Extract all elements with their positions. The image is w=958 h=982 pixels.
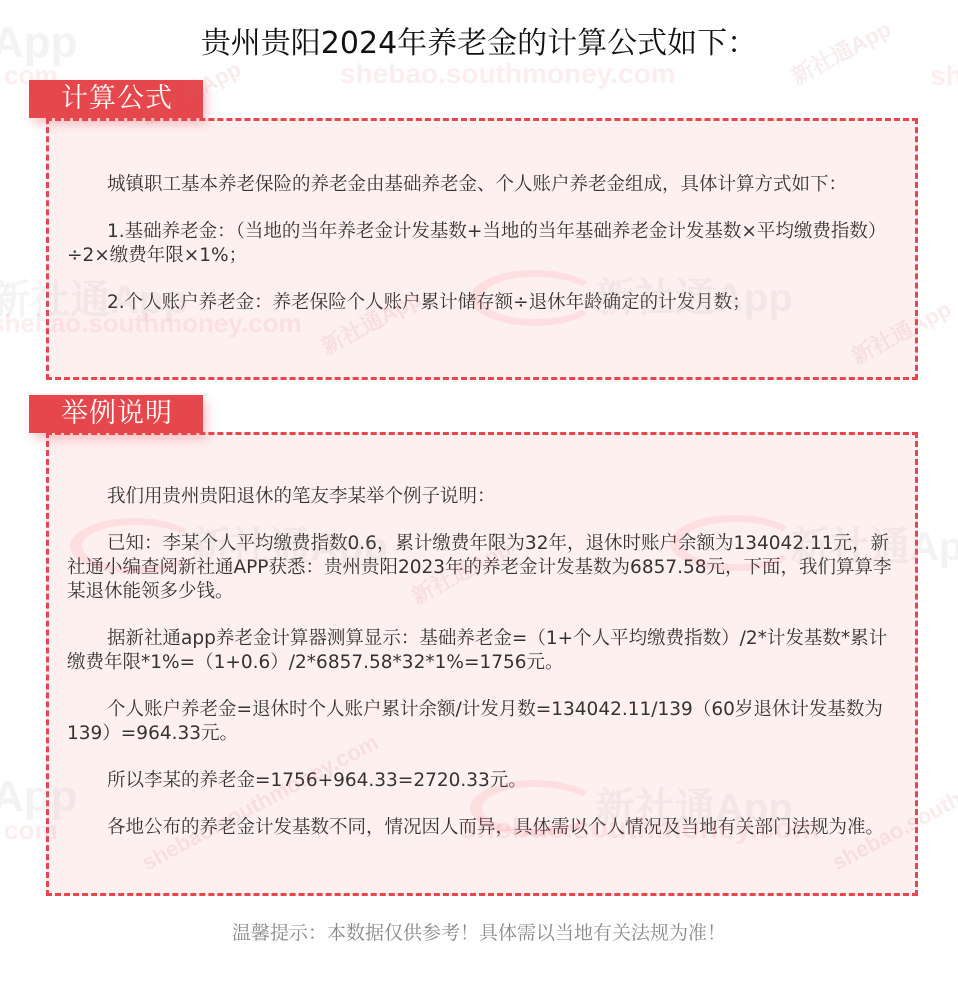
personal-account-formula: 2.个人账户养老金：养老保险个人账户累计储存额÷退休年龄确定的计发月数；	[67, 291, 893, 315]
example-basic-pension-calc: 据新社通app养老金计算器测算显示：基础养老金=（1+个人平均缴费指数）/2*计…	[67, 627, 893, 675]
example-intro-paragraph: 我们用贵州贵阳退休的笔友李某举个例子说明：	[67, 485, 893, 509]
section-tab-example: 举例说明	[29, 395, 203, 433]
example-total-pension: 所以李某的养老金=1756+964.33=2720.33元。	[67, 769, 893, 793]
formula-intro-paragraph: 城镇职工基本养老保险的养老金由基础养老金、个人账户养老金组成，具体计算方式如下：	[67, 173, 893, 197]
section-tab-formula: 计算公式	[29, 80, 203, 118]
example-content: 我们用贵州贵阳退休的笔友李某举个例子说明： 已知：李某个人平均缴费指数0.6，累…	[67, 485, 893, 863]
example-personal-account-calc: 个人账户养老金=退休时个人账户累计余额/计发月数=134042.11/139（6…	[67, 698, 893, 746]
page-title: 贵州贵阳2024年养老金的计算公式如下：	[0, 24, 958, 64]
watermark-url: shebao.southmoney.com	[930, 60, 958, 92]
example-known-facts: 已知：李某个人平均缴费指数0.6，累计缴费年限为32年，退休时账户余额为1340…	[67, 532, 893, 604]
basic-pension-formula: 1.基础养老金：（当地的当年养老金计发基数+当地的当年基础养老金计发基数×平均缴…	[67, 220, 893, 268]
formula-content: 城镇职工基本养老保险的养老金由基础养老金、个人账户养老金组成，具体计算方式如下：…	[67, 173, 893, 338]
footer-note: 温馨提示：本数据仅供参考！具体需以当地有关法规为准！	[0, 920, 958, 946]
example-disclaimer: 各地公布的养老金计发基数不同，情况因人而异，具体需以个人情况及当地有关部门法规为…	[67, 816, 893, 840]
